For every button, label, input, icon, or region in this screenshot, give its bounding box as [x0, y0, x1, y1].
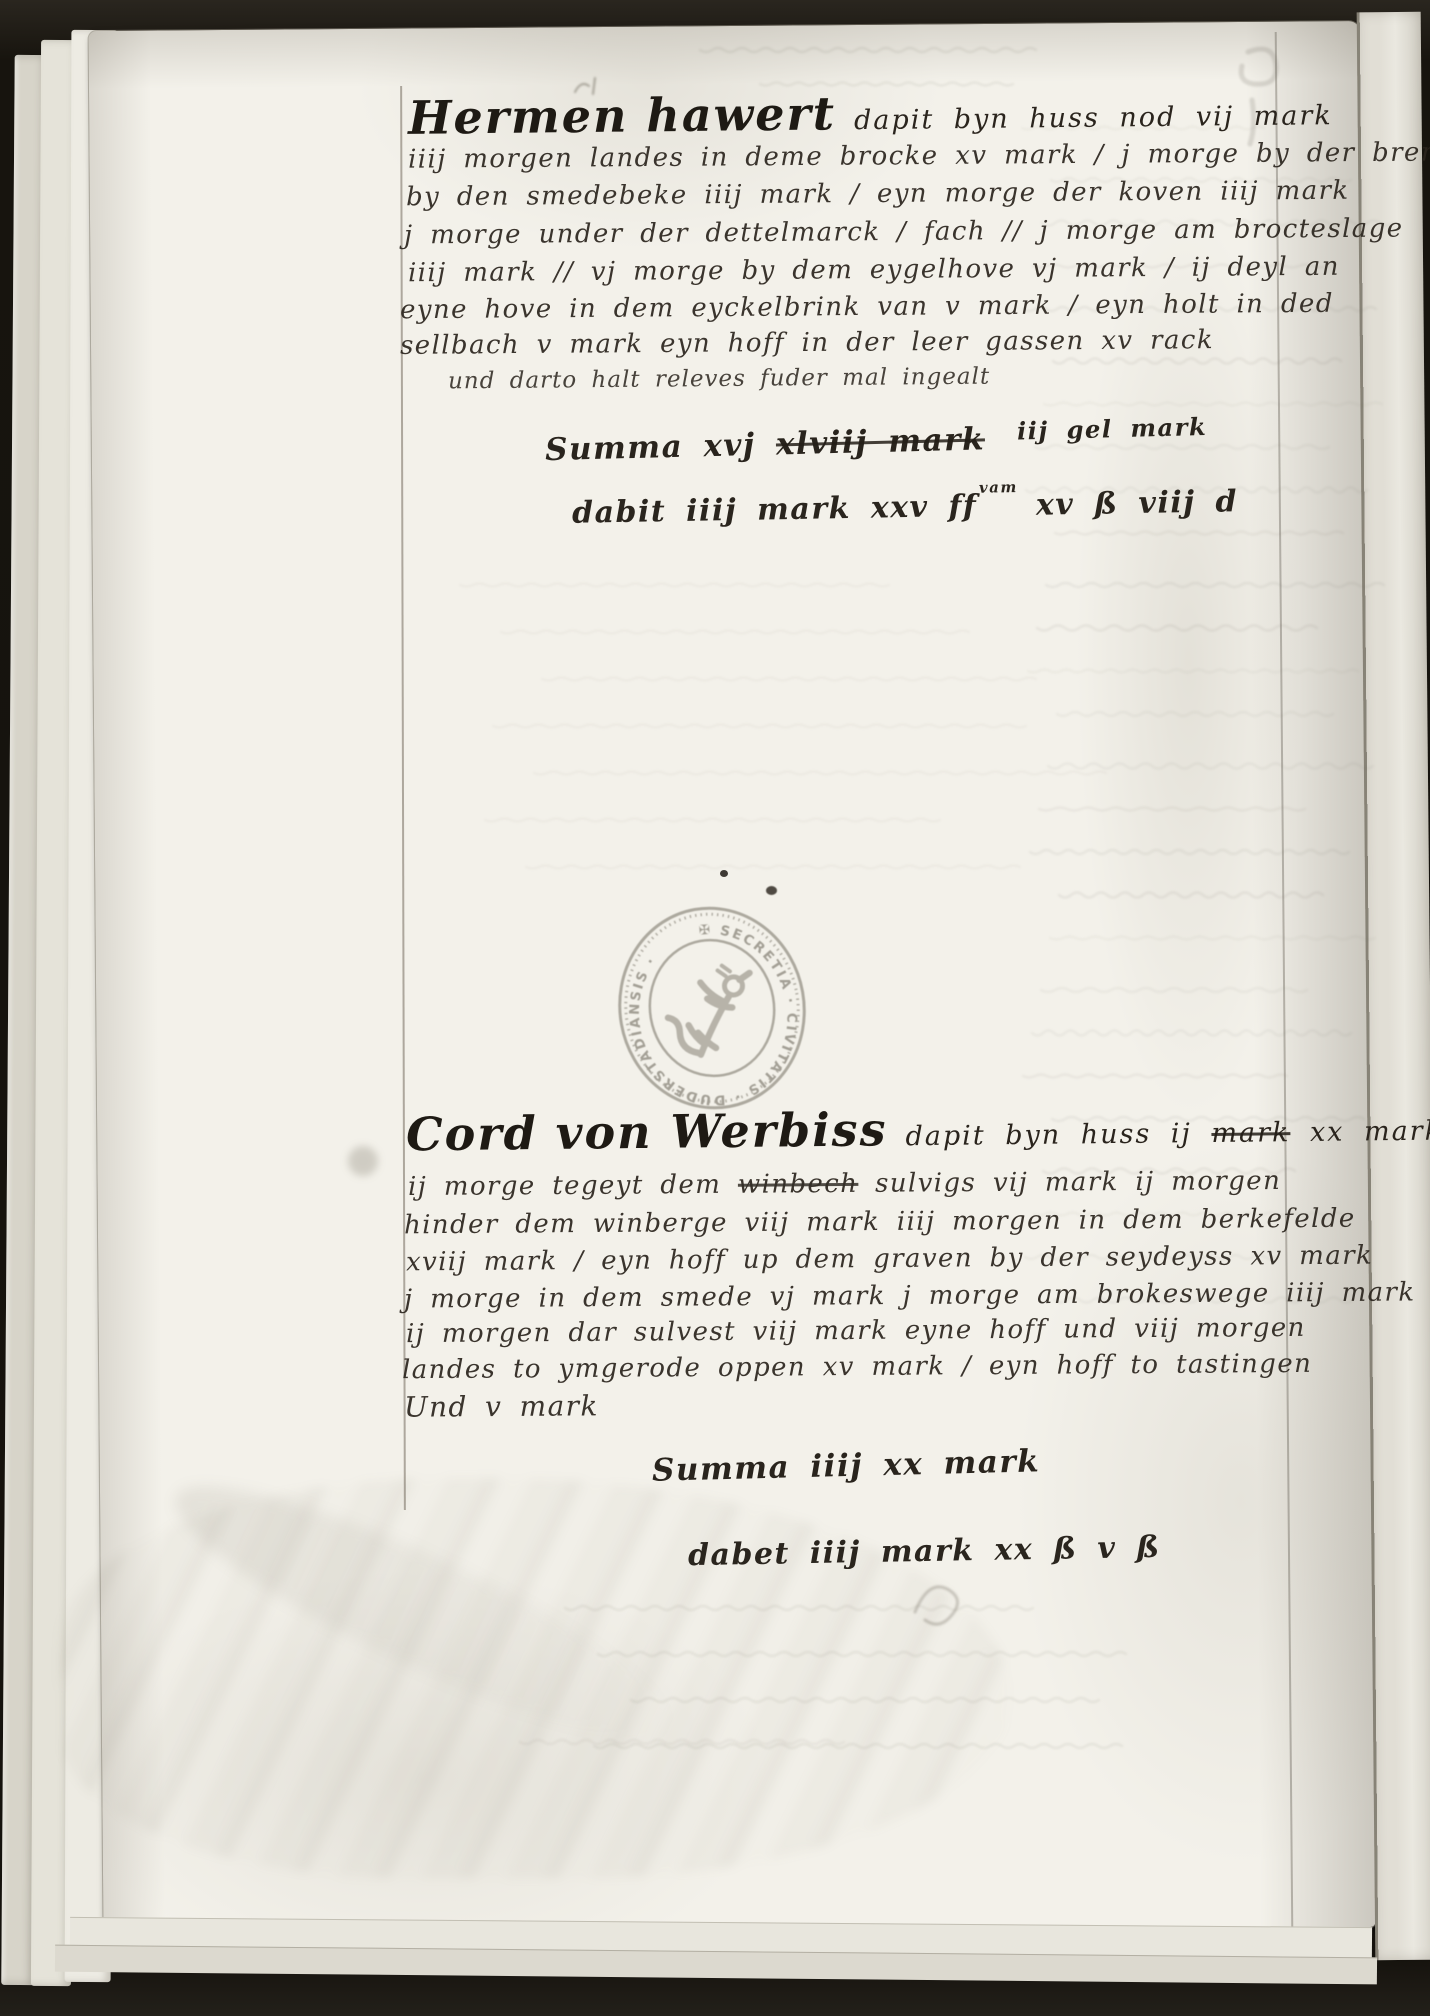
seal-group: ✠ SECRETIA · CIVITATIS · DUDERSTADIANSIS…	[613, 902, 811, 1114]
heading-struck-word: mark	[1211, 1117, 1290, 1149]
manuscript-line: ij morge tegeyt dem winbech sulvigs vij …	[408, 1166, 1281, 1202]
entry-2-last-line: Und v mark	[404, 1389, 599, 1423]
summa-corrected-amount: iij gel mark	[1017, 412, 1208, 446]
manuscript-line: sellbach v mark eyn hoff in der leer gas…	[400, 325, 1214, 361]
summa-struck-amount: xlviij mark	[776, 421, 986, 462]
heading-corrected-amount: xx mark	[1310, 1116, 1430, 1148]
seal-lion-charge	[661, 961, 762, 1059]
city-seal-stamp: ✠ SECRETIA · CIVITATIS · DUDERSTADIANSIS…	[613, 902, 811, 1114]
dabit-superscript: vam	[979, 478, 1018, 497]
entry-2-name: Cord von Werbiss	[406, 1102, 888, 1161]
line-text: sulvigs vij mark ij morgen	[875, 1166, 1281, 1199]
manuscript-line: landes to ymgerode oppen xv mark / eyn h…	[402, 1349, 1312, 1385]
entry-1-note-line: und darto halt releves fuder mal ingealt	[448, 364, 990, 395]
heading-continuation-text: dapit byn huss ij	[905, 1118, 1192, 1152]
line-text: ij morge tegeyt dem	[408, 1170, 721, 1202]
line-struck-word: winbech	[738, 1169, 859, 1200]
dabit-amount: xv ß viij d	[1036, 484, 1239, 523]
summa-text: Summa xvj	[545, 427, 756, 468]
entry-2-heading-continuation: dapit byn huss ij mark xx mark	[905, 1116, 1430, 1153]
manuscript-photo: Hermen hawert dapit byn huss nod vij mar…	[0, 0, 1430, 2016]
dabit-text: dabit iiij mark xxv ff	[572, 489, 978, 531]
entry-1-heading: Hermen hawert dapit byn huss nod vij mar…	[408, 81, 1333, 145]
manuscript-line: ij morgen dar sulvest viij mark eyne hof…	[406, 1313, 1306, 1349]
entry-2-heading: Cord von Werbiss dapit byn huss ij mark …	[406, 1097, 1430, 1162]
entry-1-heading-continuation: dapit byn huss nod vij mark	[854, 100, 1333, 136]
entry-1-name: Hermen hawert	[408, 86, 837, 144]
